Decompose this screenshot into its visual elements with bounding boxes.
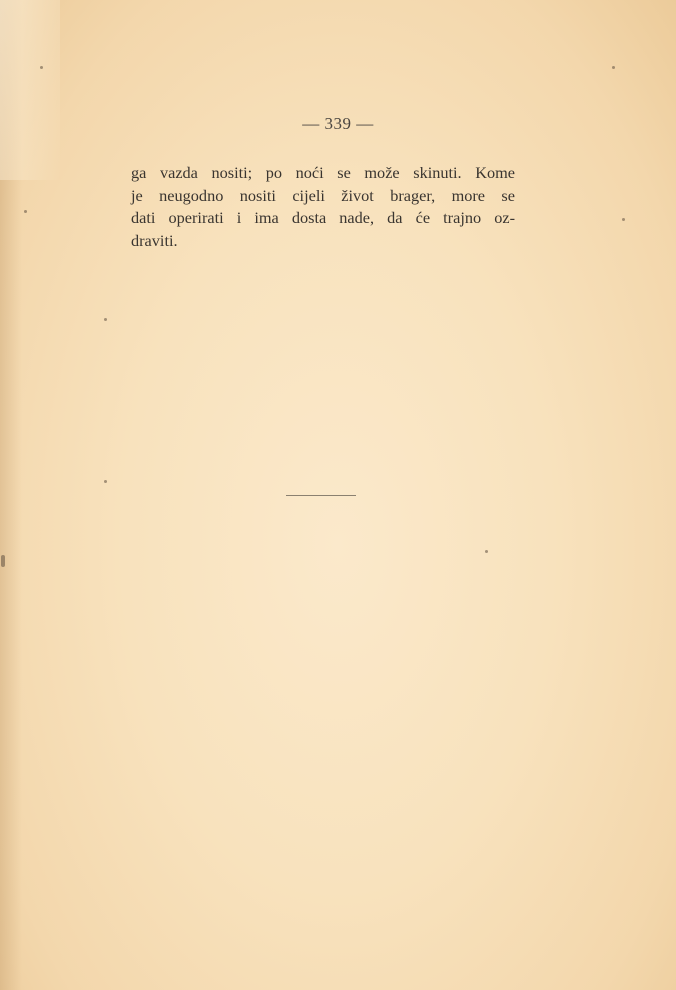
paper-speck: [485, 550, 488, 553]
section-end-rule: [286, 495, 356, 496]
page-light-fold: [0, 0, 60, 180]
paper-speck: [24, 210, 27, 213]
paper-speck: [1, 555, 5, 567]
paper-speck: [104, 480, 107, 483]
page-number: — 339 —: [0, 114, 676, 134]
body-paragraph: ga vazda nositi; po noći se može skinuti…: [131, 162, 515, 252]
paper-speck: [612, 66, 615, 69]
paper-speck: [40, 66, 43, 69]
text-line: ga vazda nositi; po noći se može skinuti…: [131, 162, 515, 185]
text-line: dati operirati i ima dosta nade, da će t…: [131, 207, 515, 230]
paper-speck: [104, 318, 107, 321]
text-line: draviti.: [131, 230, 515, 253]
text-line: je neugodno nositi cijeli život brager, …: [131, 185, 515, 208]
paper-speck: [622, 218, 625, 221]
